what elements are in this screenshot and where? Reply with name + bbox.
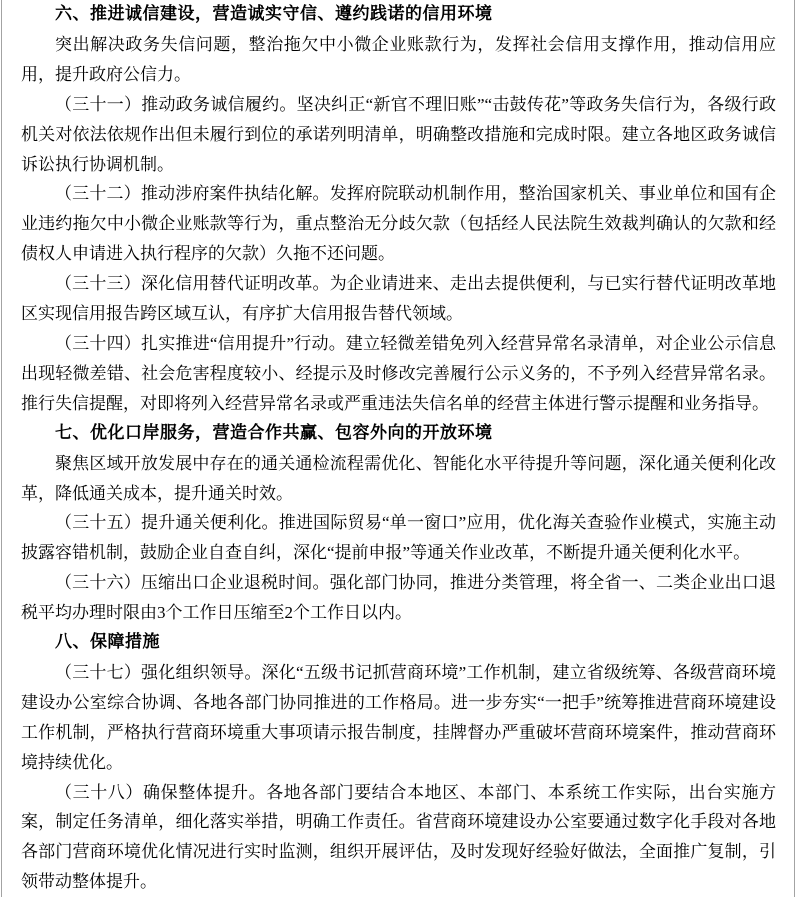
section-heading-6: 六、推进诚信建设，营造诚实守信、遵约践诺的信用环境 [21,0,776,30]
paragraph-item-37: （三十七）强化组织领导。深化“五级书记抓营商环境”工作机制，建立省级统筹、各级营… [21,658,776,778]
document-body: 六、推进诚信建设，营造诚实守信、遵约践诺的信用环境 突出解决政务失信问题，整治拖… [2,0,794,897]
paragraph-item-36: （三十六）压缩出口企业退税时间。强化部门协同，推进分类管理，将全省一、二类企业出… [21,568,776,628]
paragraph-item-31: （三十一）推动政务诚信履约。坚决纠正“新官不理旧账”“击鼓传花”等政务失信行为，… [21,90,776,180]
section-6-intro: 突出解决政务失信问题，整治拖欠中小微企业账款行为，发挥社会信用支撑作用，推动信用… [21,30,776,90]
section-heading-7: 七、优化口岸服务，营造合作共赢、包容外向的开放环境 [21,419,776,449]
paragraph-item-35: （三十五）提升通关便利化。推进国际贸易“单一窗口”应用，优化海关查验作业模式，实… [21,508,776,568]
paragraph-item-34: （三十四）扎实推进“信用提升”行动。建立轻微差错免列入经营异常名录清单，对企业公… [21,329,776,419]
paragraph-item-33: （三十三）深化信用替代证明改革。为企业请进来、走出去提供便利，与已实行替代证明改… [21,269,776,329]
document-page: 六、推进诚信建设，营造诚实守信、遵约践诺的信用环境 突出解决政务失信问题，整治拖… [1,0,795,897]
paragraph-item-38: （三十八）确保整体提升。各地各部门要结合本地区、本部门、本系统工作实际，出台实施… [21,778,776,897]
paragraph-item-32: （三十二）推动涉府案件执结化解。发挥府院联动机制作用，整治国家机关、事业单位和国… [21,179,776,269]
section-heading-8: 八、保障措施 [21,628,776,658]
section-7-intro: 聚焦区域开放发展中存在的通关通检流程需优化、智能化水平待提升等问题，深化通关便利… [21,449,776,509]
